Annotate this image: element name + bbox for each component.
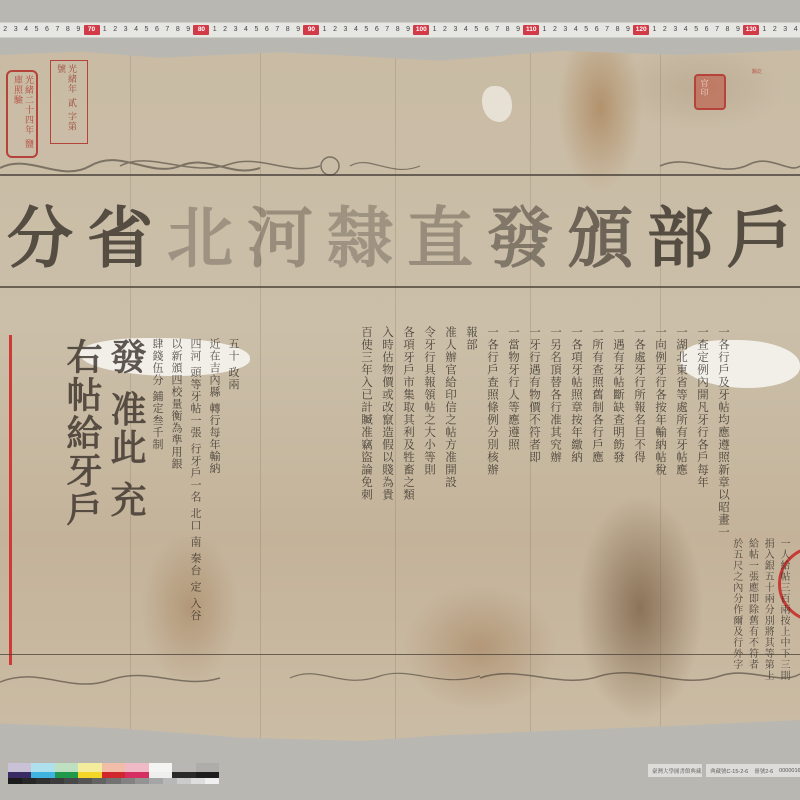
color-swatch [106, 778, 120, 784]
amount-text: 肆錢伍分 鋪定叁千制 [151, 338, 164, 451]
ruler-tick-label: 9 [293, 23, 303, 37]
barcode-number: 0000016445 [779, 768, 800, 774]
ruler-tick-label: 2 [220, 23, 230, 37]
ruler-major-marker: 90 [303, 25, 319, 35]
ruler-tick-label: 1 [209, 23, 219, 37]
ruler-major-marker: 80 [193, 25, 209, 35]
archive-label-text: 臺灣大學圖書館典藏 [652, 767, 702, 775]
title-char: 直 [407, 205, 473, 271]
color-swatch [36, 778, 50, 784]
color-swatch [8, 763, 31, 772]
text-column: 一向例牙行各按年輸納帖稅 [654, 326, 667, 706]
ruler-tick-label: 2 [110, 23, 120, 37]
text-column: 一各處牙行所報名目不得 [633, 326, 646, 706]
text-column: 五十 政兩 [227, 338, 240, 668]
ruler-tick-label: 9 [183, 23, 193, 37]
text-column: 報部 [465, 326, 478, 706]
ruler-tick-label: 1 [759, 23, 769, 37]
left-issuance-block: 五十 政兩 近在吉內縣 轉行每年輸納 四河 頭等牙帖一張 行牙戶一名 北口 南 … [0, 338, 240, 668]
text-column: 各項牙戶市集取其利及牲畜之類 [402, 326, 415, 706]
ruler-tick-label: 9 [73, 23, 83, 37]
small-red-stamp: 驗訖 [752, 68, 762, 75]
text-column: 入時估物價或改竄造假以賤為貴 [381, 326, 394, 706]
color-swatch [191, 778, 205, 784]
ruler-tick-label: 8 [722, 23, 732, 37]
title-char: 省 [87, 205, 153, 271]
text-column: 一牙行遇有物價不符者即 [528, 326, 541, 706]
ruler-tick-label: 2 [660, 23, 670, 37]
ruler-tick-label: 1 [319, 23, 329, 37]
ruler-tick-label: 8 [392, 23, 402, 37]
ruler-tick-label: 7 [272, 23, 282, 37]
ruler-tick-label: 9 [403, 23, 413, 37]
ruler-tick-label: 3 [560, 23, 570, 37]
ruler-tick-label: 2 [550, 23, 560, 37]
ruler-major-marker: 120 [633, 25, 649, 35]
document-title: 戶 部 頒 發 直 隸 河 北 省 分 [0, 188, 800, 288]
text-column: 以新頒四校量衡為準用銀 [170, 338, 183, 668]
color-swatch [149, 778, 163, 784]
document-body: 一各行戶及牙帖均應遵照新章以昭畫一 一查定例內開凡牙行各戶每年 一湖北東省等處所… [250, 326, 730, 706]
seal-text: 光緒年 貳 字第 號 [51, 61, 79, 143]
ruler-tick-label: 4 [681, 23, 691, 37]
ruler-tick-label: 8 [173, 23, 183, 37]
title-char: 河 [247, 205, 313, 271]
official-seal-outer: 光緒二十四年 鹽庫照驗 [6, 70, 38, 158]
ruler-tick-label: 4 [461, 23, 471, 37]
ruler-tick-label: 4 [131, 23, 141, 37]
official-seal-inner: 光緒年 貳 字第 號 [50, 60, 88, 144]
ruler-tick-label: 6 [152, 23, 162, 37]
color-swatch [177, 778, 191, 784]
ruler-tick-label: 5 [31, 23, 41, 37]
color-swatch [205, 778, 219, 784]
ruler-tick-label: 1 [539, 23, 549, 37]
ruler-tick-label: 6 [482, 23, 492, 37]
ruler-tick-label: 6 [262, 23, 272, 37]
ruler-tick-label: 6 [591, 23, 601, 37]
header-top-rule [0, 174, 800, 176]
ruler-tick-label: 2 [440, 23, 450, 37]
ruler-tick-label: 5 [141, 23, 151, 37]
ruler-tick-label: 6 [701, 23, 711, 37]
ruler-tick-label: 7 [52, 23, 62, 37]
ruler-tick-label: 7 [162, 23, 172, 37]
color-swatch [8, 778, 22, 784]
ruler-tick-label: 2 [770, 23, 780, 37]
color-swatch [78, 778, 92, 784]
ruler-tick-label: 6 [42, 23, 52, 37]
text-column: 一另名頂替各行准其究辦 [549, 326, 562, 706]
ruler-tick-label: 9 [623, 23, 633, 37]
ruler-tick-label: 5 [471, 23, 481, 37]
ruler-tick-label: 4 [241, 23, 251, 37]
ruler-major-marker: 100 [413, 25, 429, 35]
text-column: 一湖北東省等處所有牙帖應 [675, 326, 688, 706]
text-column: 一當物牙行人等應遵照 [507, 326, 520, 706]
title-char: 隸 [327, 205, 393, 271]
ruler-tick-label: 9 [513, 23, 523, 37]
ruler-tick-label: 3 [340, 23, 350, 37]
ruler-tick-label: 3 [780, 23, 790, 37]
archive-label-slip: 臺灣大學圖書館典藏 [648, 764, 702, 777]
color-swatch [149, 763, 172, 772]
text-column: 一各行戶及牙帖均應遵照新章以昭畫一 [717, 326, 730, 706]
measuring-ruler: 2345678970123456789801234567899012345678… [0, 22, 800, 38]
title-char: 頒 [567, 205, 633, 271]
ruler-tick-label: 3 [10, 23, 20, 37]
ruler-tick-label: 4 [790, 23, 800, 37]
title-char: 北 [167, 205, 233, 271]
color-swatch [31, 763, 54, 772]
decorative-scroll-border-top [0, 148, 800, 182]
color-calibration-chart [8, 763, 219, 781]
ruler-tick-label: 1 [100, 23, 110, 37]
color-swatch [196, 763, 219, 772]
title-char: 部 [647, 205, 713, 271]
ruler-tick-label: 4 [351, 23, 361, 37]
text-column: 一所有查照舊制各行戶應 [591, 326, 604, 706]
catalog-number: 典藏號C-15-2-6 [710, 767, 748, 775]
seal-text: 光緒二十四年 鹽庫照驗 [8, 72, 36, 156]
issuance-column: 發 准此 充 [107, 338, 145, 668]
color-swatch [78, 763, 101, 772]
ruler-tick-label: 2 [330, 23, 340, 37]
ruler-tick-label: 7 [492, 23, 502, 37]
text-column: 一遇有牙帖斷缺查明飭發 [612, 326, 625, 706]
seal-text: 官印 [696, 76, 713, 100]
color-swatch [163, 778, 177, 784]
paper-loss [482, 86, 512, 122]
ruler-major-marker: 110 [523, 25, 539, 35]
ruler-tick-label: 5 [581, 23, 591, 37]
text-column: 百使三年入已計贓准竊盜論免刺 [360, 326, 373, 706]
text-column: 一各項牙帖照章按年繳納 [570, 326, 583, 706]
ruler-tick-label: 4 [571, 23, 581, 37]
footer-rule [0, 654, 800, 655]
ruler-tick-label: 6 [372, 23, 382, 37]
text-column: 准人辦官給印信之帖方准開設 [444, 326, 457, 706]
catalog-label-slip: 典藏號C-15-2-6 冊號2-6 0000016445 [706, 764, 800, 777]
ruler-major-marker: 70 [84, 25, 100, 35]
official-seal-right: 官印 [694, 74, 726, 110]
ruler-tick-label: 5 [251, 23, 261, 37]
color-swatch [22, 778, 36, 784]
ruler-major-marker: 130 [743, 25, 759, 35]
ruler-tick-label: 3 [670, 23, 680, 37]
text-column: 令牙行具報領帖之大小等則 [423, 326, 436, 706]
ruler-tick-label: 7 [382, 23, 392, 37]
text-column: 一各行戶查照條例分別核辦 [486, 326, 499, 706]
color-swatch [135, 778, 149, 784]
color-swatch [92, 778, 106, 784]
ruler-tick-label: 9 [733, 23, 743, 37]
text-column: 肆錢伍分 鋪定叁千制 [151, 338, 164, 668]
color-swatch-row-top [8, 763, 219, 772]
ruler-tick-label: 8 [283, 23, 293, 37]
title-char: 發 [487, 205, 553, 271]
ruler-tick-label: 3 [450, 23, 460, 37]
decorative-scroll-border-bottom [0, 660, 800, 694]
ruler-tick-label: 8 [612, 23, 622, 37]
color-swatch [50, 778, 64, 784]
color-swatch [64, 778, 78, 784]
ruler-tick-label: 3 [230, 23, 240, 37]
ruler-tick-label: 8 [502, 23, 512, 37]
text-column: 一查定例內開凡牙行各戶每年 [696, 326, 709, 706]
title-char: 戶 [727, 205, 793, 271]
text-column: 近在吉內縣 轉行每年輸納 [208, 338, 221, 668]
document-sheet: 光緒二十四年 鹽庫照驗 光緒年 貳 字第 號 官印 驗訖 戶 部 頒 發 直 隸… [0, 48, 800, 748]
color-swatch [102, 763, 125, 772]
ruler-tick-label: 8 [63, 23, 73, 37]
ruler-tick-label: 1 [429, 23, 439, 37]
gray-scale-ramp [8, 778, 219, 784]
ruler-tick-label: 7 [712, 23, 722, 37]
color-swatch [172, 763, 195, 772]
issuance-column: 右帖給牙戶 [63, 338, 101, 668]
ruler-tick-label: 2 [0, 23, 10, 37]
color-swatch [121, 778, 135, 784]
ruler-tick-label: 3 [120, 23, 130, 37]
text-column: 四河 頭等牙帖一張 行牙戶一名 北口 南 秦台 定 入谷 [189, 338, 202, 668]
volume-number: 冊號2-6 [754, 767, 773, 775]
color-swatch [55, 763, 78, 772]
title-char: 分 [7, 205, 73, 271]
ruler-tick-label: 5 [691, 23, 701, 37]
ruler-tick-label: 7 [602, 23, 612, 37]
ruler-tick-label: 1 [649, 23, 659, 37]
ruler-tick-label: 5 [361, 23, 371, 37]
ruler-tick-label: 4 [21, 23, 31, 37]
color-swatch [125, 763, 148, 772]
